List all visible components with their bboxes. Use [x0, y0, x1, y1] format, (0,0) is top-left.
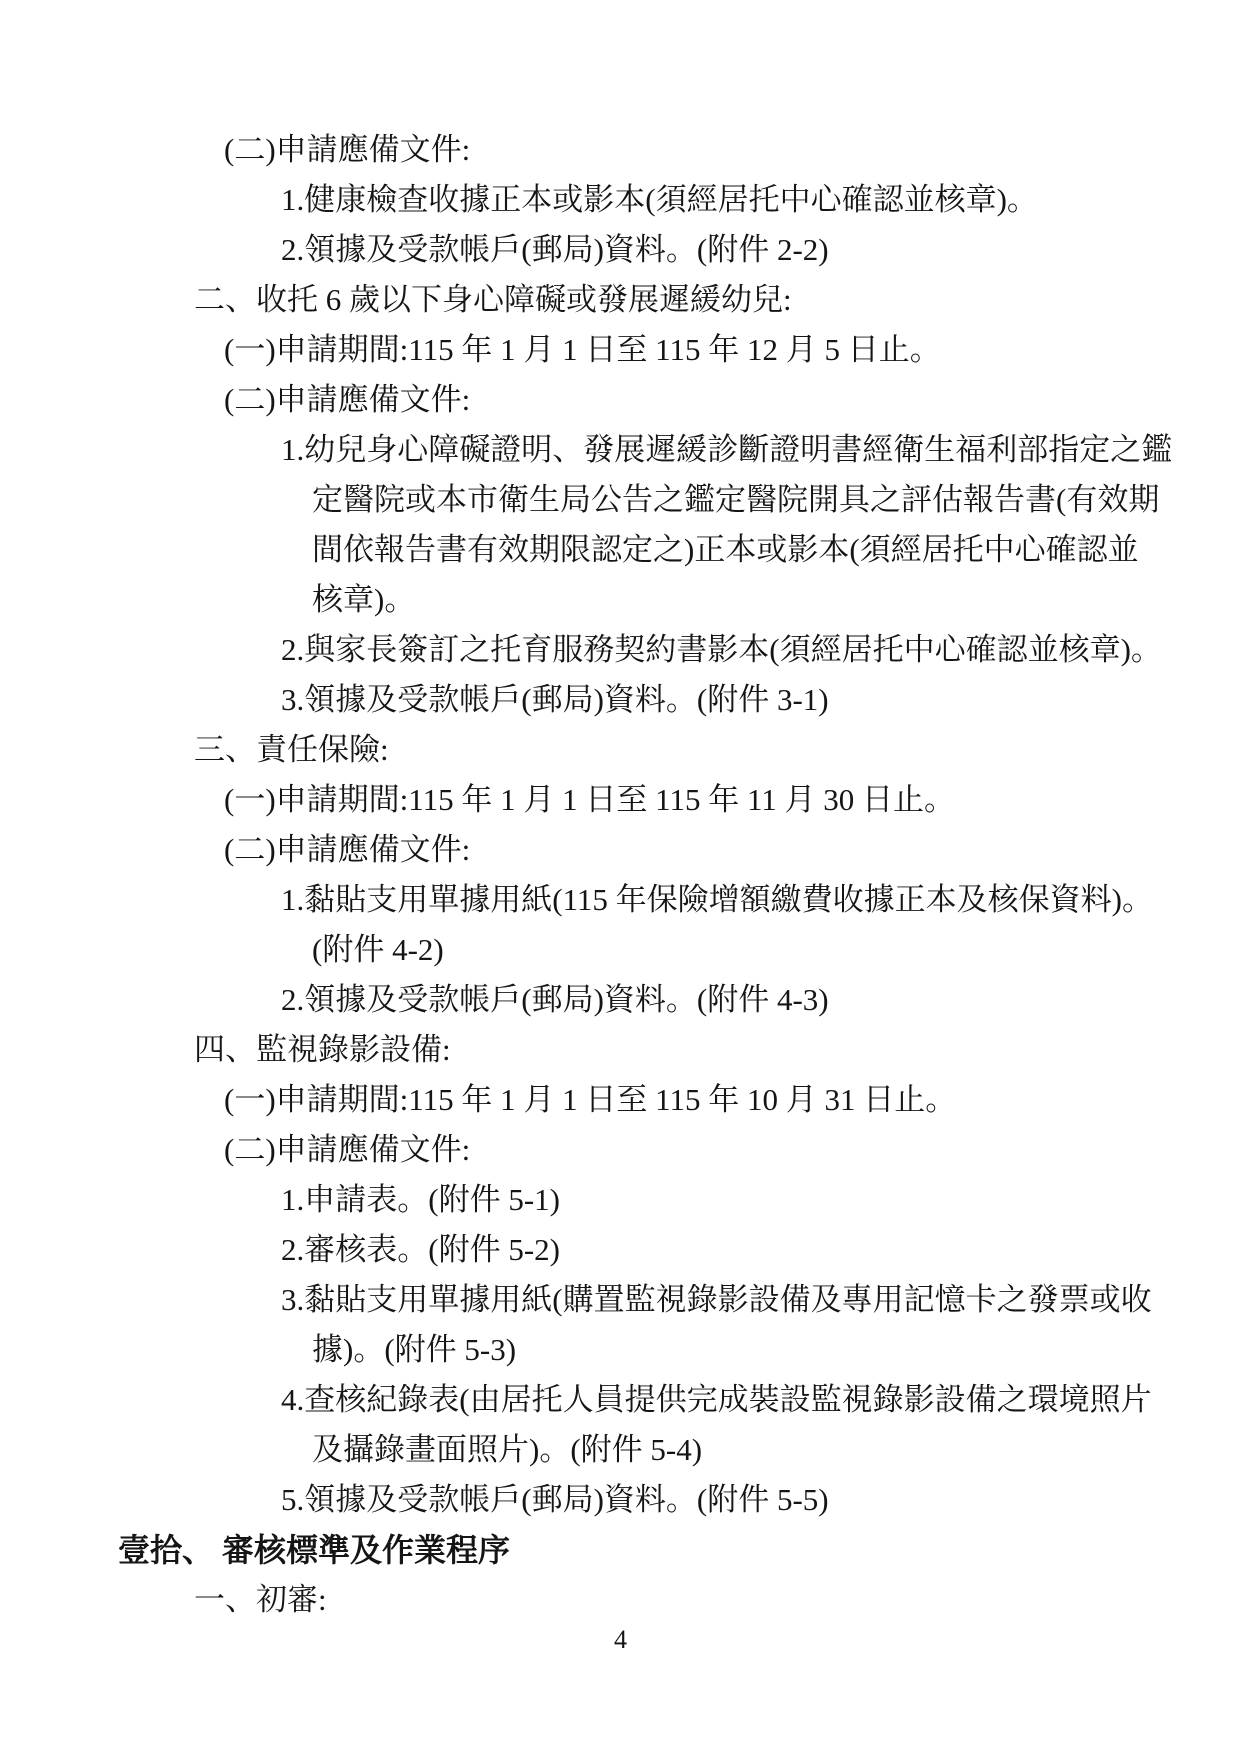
section-heading: 四、監視錄影設備: [194, 1025, 1241, 1075]
section-heading: 三、責任保險: [194, 725, 1241, 775]
list-item: 5.領據及受款帳戶(郵局)資料。(附件 5-5) [281, 1475, 1241, 1525]
document-line: (二)申請應備文件: [224, 125, 1241, 175]
list-item: 4.查核紀錄表(由居托人員提供完成裝設監視錄影設備之環境照片 [281, 1375, 1241, 1425]
list-item-continuation: 間依報告書有效期限認定之)正本或影本(須經居托中心確認並 [312, 525, 1241, 575]
section-heading: 二、收托 6 歲以下身心障礙或發展遲緩幼兒: [194, 275, 1241, 325]
list-item-continuation: 定醫院或本市衛生局公告之鑑定醫院開具之評估報告書(有效期 [312, 475, 1241, 525]
list-item: 3.黏貼支用單據用紙(購置監視錄影設備及專用記憶卡之發票或收 [281, 1275, 1241, 1325]
chapter-heading: 壹拾、 審核標準及作業程序 [118, 1525, 1241, 1575]
document-line: (一)申請期間:115 年 1 月 1 日至 115 年 10 月 31 日止。 [224, 1075, 1241, 1125]
list-item-continuation: 核章)。 [312, 575, 1241, 625]
list-item: 1.幼兒身心障礙證明、發展遲緩診斷證明書經衛生福利部指定之鑑 [281, 425, 1241, 475]
list-item: 1.申請表。(附件 5-1) [281, 1175, 1241, 1225]
list-item: 2.領據及受款帳戶(郵局)資料。(附件 2-2) [281, 225, 1241, 275]
list-item-continuation: 據)。(附件 5-3) [312, 1325, 1241, 1375]
list-item-continuation: 及攝錄畫面照片)。(附件 5-4) [312, 1425, 1241, 1475]
list-item: 1.健康檢查收據正本或影本(須經居托中心確認並核章)。 [281, 175, 1241, 225]
document-line: (一)申請期間:115 年 1 月 1 日至 115 年 11 月 30 日止。 [224, 775, 1241, 825]
list-item: 2.與家長簽訂之托育服務契約書影本(須經居托中心確認並核章)。 [281, 625, 1241, 675]
list-item: 2.領據及受款帳戶(郵局)資料。(附件 4-3) [281, 975, 1241, 1025]
list-item-continuation: (附件 4-2) [312, 925, 1241, 975]
list-item: 2.審核表。(附件 5-2) [281, 1225, 1241, 1275]
document-line: (二)申請應備文件: [224, 375, 1241, 425]
list-item: 3.領據及受款帳戶(郵局)資料。(附件 3-1) [281, 675, 1241, 725]
document-line: (二)申請應備文件: [224, 1125, 1241, 1175]
page-number: 4 [0, 1615, 1241, 1665]
document-page: (二)申請應備文件: 1.健康檢查收據正本或影本(須經居托中心確認並核章)。 2… [0, 0, 1241, 1755]
document-line: (二)申請應備文件: [224, 825, 1241, 875]
document-line: (一)申請期間:115 年 1 月 1 日至 115 年 12 月 5 日止。 [224, 325, 1241, 375]
list-item: 1.黏貼支用單據用紙(115 年保險增額繳費收據正本及核保資料)。 [281, 875, 1241, 925]
document-body: (二)申請應備文件: 1.健康檢查收據正本或影本(須經居托中心確認並核章)。 2… [0, 125, 1241, 1625]
